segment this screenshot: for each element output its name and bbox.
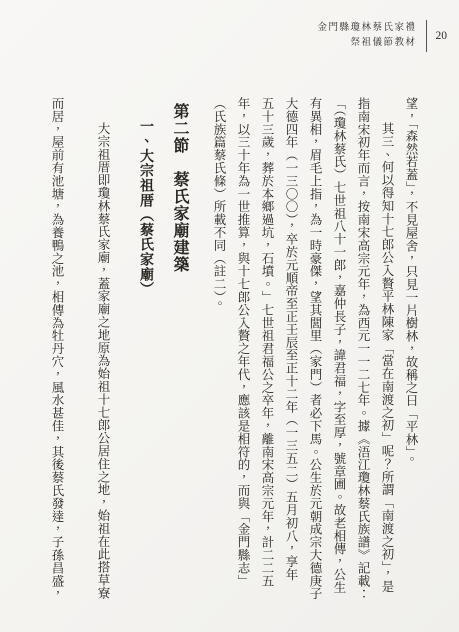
vertical-text-body: 望，「森然若蓋」，不見屋舍，只見一片樹林，故稱之曰「平林」。 其三、何以得知十七… — [45, 97, 423, 622]
book-title: 金門縣瓊林蔡氏家禮 祭祖儀節教材 — [317, 21, 416, 50]
book-title-line1: 金門縣瓊林蔡氏家禮 — [317, 21, 416, 36]
text-column: 五十三歲，葬於本鄉過坑，石墳。」七世祖君福公之卒年，離南宋高宗元年，計二二五 — [255, 97, 279, 622]
paragraph-column: 大宗祖厝即瓊林蔡氏家廟，蓋家廟之地原為始祖十七郎公居住之地，始祖在此搭草寮 — [91, 97, 115, 622]
paragraph-column: 而居，屋前有池塘，為養鴨之池，相傳為牡丹穴，風水甚佳，其後蔡氏發達，子孫昌盛， — [45, 97, 69, 622]
text-column: 大德四年（一三〇〇），卒於元順帝至正壬辰至正十二年（一三五二）五月初八，享年 — [279, 97, 303, 622]
text-column: 有異相，眉毛上指，為一時豪傑，望其閭里（家門）者必下馬。公生於元朝成宗大德庚子 — [303, 97, 327, 622]
text-column: 望，「森然若蓋」，不見屋舍，只見一片樹林，故稱之曰「平林」。 — [399, 97, 423, 622]
text-column: 年，以三十年為一世推算，與十七郎公入贅之年代，應該是相符的，而與「金門縣志」 — [231, 97, 255, 622]
text-column: （氏族篇蔡氏條）所載不同（註二）。 — [207, 97, 231, 622]
running-header: 金門縣瓊林蔡氏家禮 祭祖儀節教材 20 — [317, 20, 451, 52]
scanned-book-page: 金門縣瓊林蔡氏家禮 祭祖儀節教材 20 望，「森然若蓋」，不見屋舍，只見一片樹林… — [0, 0, 459, 632]
text-column: 「（瓊林蔡氏）七世祖八十一郎，嘉仲長子，諱君福，字至厚，號章圃。故老相傳，公生 — [327, 97, 351, 622]
header-divider — [426, 20, 427, 52]
text-column: 指南宋初年而言，按南宋高宗元年，為西元一一二七年。據《浯江瓊林蔡氏族譜》記載： — [351, 97, 375, 622]
sub-heading: 一、大宗祖厝（蔡氏家廟） — [133, 97, 158, 622]
section-heading: 第二節 蔡氏家廟建築 — [166, 97, 192, 622]
text-column: 其三、何以得知十七郎公入贅平林陳家「當在南渡之初」呢？所謂「南渡之初」，是 — [375, 97, 399, 622]
page-number: 20 — [436, 30, 452, 42]
book-title-line2: 祭祖儀節教材 — [317, 36, 416, 51]
